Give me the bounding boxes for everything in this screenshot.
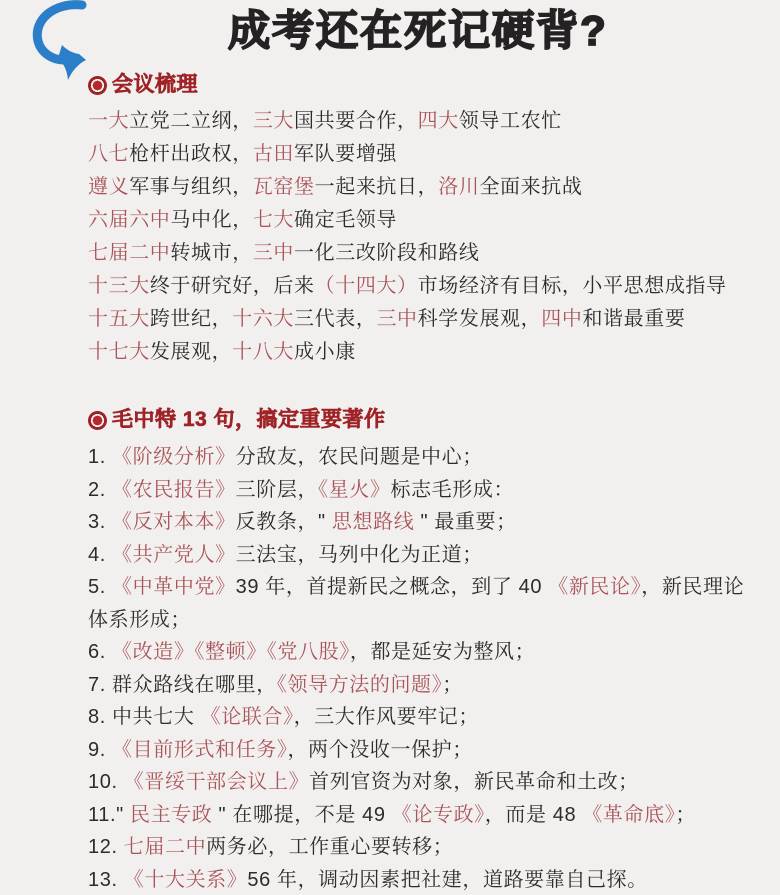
section-works-lines: 1. 《阶级分析》分敌友，农民问题是中心；2. 《农民报告》三阶层，《星火》标志… — [88, 441, 746, 895]
highlight-term: 《反对本本》 — [112, 511, 236, 533]
text-segment: 10. — [88, 771, 124, 793]
text-segment: 9. — [88, 739, 112, 761]
section-bullet-icon — [88, 411, 107, 430]
text-line: 3. 《反对本本》反教条，" 思想路线 " 最重要； — [88, 506, 746, 539]
highlight-term: 一大 — [88, 110, 129, 132]
text-segment: 7. 群众路线在哪里， — [88, 674, 277, 696]
highlight-term: 《论专政》 — [392, 804, 485, 826]
highlight-term: 《农民报告》 — [112, 479, 236, 501]
highlight-term: 八七 — [88, 143, 129, 165]
highlight-term: 三中 — [253, 242, 294, 264]
text-line: 13. 《十大关系》56 年，调动因素把社建，道路要靠自己探。 — [88, 864, 746, 895]
section-meetings: 会议梳理 一大立党二立纲，三大国共要合作，四大领导工农忙八七枪杆出政权，古田军队… — [88, 70, 746, 369]
text-segment: 6. — [88, 641, 112, 663]
section-meetings-heading: 会议梳理 — [88, 70, 746, 100]
text-line: 1. 《阶级分析》分敌友，农民问题是中心； — [88, 441, 746, 474]
highlight-term: 四中 — [541, 308, 582, 330]
text-segment: ，都是延安为整风； — [350, 641, 535, 663]
text-segment: 发展观， — [150, 341, 232, 363]
text-segment: ，两个没收一保护； — [287, 739, 472, 761]
text-segment: 分敌友，农民问题是中心； — [236, 446, 483, 468]
highlight-term: 十六大 — [232, 308, 294, 330]
highlight-term: 《目前形式和任务》 — [112, 739, 287, 761]
text-line: 十五大跨世纪，十六大三代表，三中科学发展观，四中和谐最重要 — [88, 303, 746, 336]
text-segment: 反教条，" — [236, 511, 332, 533]
text-line: 8. 中共七大 《论联合》，三大作风要牢记； — [88, 701, 746, 734]
highlight-term: 《革命底》 — [582, 804, 675, 826]
text-line: 一大立党二立纲，三大国共要合作，四大领导工农忙 — [88, 105, 746, 138]
text-line: 十七大发展观，十八大成小康 — [88, 336, 746, 369]
text-segment: 13. — [88, 869, 124, 891]
text-segment: 三阶层， — [236, 479, 318, 501]
text-segment: 终于研究好，后来 — [150, 275, 315, 297]
highlight-term: 《论联合》 — [201, 706, 294, 728]
text-segment: 跨世纪， — [150, 308, 232, 330]
text-line: 八七枪杆出政权，古田军队要增强 — [88, 138, 746, 171]
text-segment: 三代表， — [294, 308, 376, 330]
text-line: 4. 《共产党人》三法宝，马列中化为正道； — [88, 539, 746, 572]
text-segment: 和谐最重要 — [582, 308, 685, 330]
text-segment: 三法宝，马列中化为正道； — [236, 544, 483, 566]
text-line: 9. 《目前形式和任务》，两个没收一保护； — [88, 734, 746, 767]
highlight-term: 十八大 — [232, 341, 294, 363]
text-segment: 12. — [88, 836, 124, 858]
text-segment: 军队要增强 — [294, 143, 397, 165]
highlight-term: 《阶级分析》 — [112, 446, 236, 468]
highlight-term: 《新民论》 — [548, 576, 641, 598]
text-segment: 8. 中共七大 — [88, 706, 201, 728]
highlight-term: 思想路线 — [332, 511, 414, 533]
curved-arrow-icon — [12, 0, 102, 92]
highlight-term: 《中革中党》 — [112, 576, 236, 598]
section-works-heading: 毛中特 13 句，搞定重要著作 — [88, 405, 746, 435]
text-segment: 军事与组织， — [129, 176, 253, 198]
text-segment: 5. — [88, 576, 112, 598]
highlight-term: 七大 — [253, 209, 294, 231]
highlight-term: （十四大） — [315, 275, 418, 297]
section-works: 毛中特 13 句，搞定重要著作 1. 《阶级分析》分敌友，农民问题是中心；2. … — [88, 405, 746, 895]
text-line: 六届六中马中化，七大确定毛领导 — [88, 204, 746, 237]
text-segment: 领导工农忙 — [459, 110, 562, 132]
text-line: 5. 《中革中党》39 年，首提新民之概念，到了 40 《新民论》，新民理论体系… — [88, 571, 746, 636]
text-segment: 国共要合作， — [294, 110, 418, 132]
text-line: 11." 民主专政 " 在哪提，不是 49 《论专政》，而是 48 《革命底》； — [88, 799, 746, 832]
highlight-term: 瓦窑堡 — [253, 176, 315, 198]
text-segment: 枪杆出政权， — [129, 143, 253, 165]
text-segment: 两务必，工作重心要转移； — [206, 836, 453, 858]
highlight-term: 古田 — [253, 143, 294, 165]
highlight-term: 民主专政 — [130, 804, 212, 826]
text-line: 10. 《晋绥干部会议上》首列官资为对象，新民革命和土改； — [88, 766, 746, 799]
text-segment: 56 年，调动因素把社建，道路要靠自己探。 — [247, 869, 647, 891]
highlight-term: 洛川 — [438, 176, 479, 198]
text-segment: 立党二立纲， — [129, 110, 253, 132]
section-heading-label: 会议梳理 — [112, 70, 198, 100]
highlight-term: 三中 — [376, 308, 417, 330]
text-segment: 市场经济有目标，小平思想成指导 — [418, 275, 727, 297]
text-segment: 转城市， — [170, 242, 252, 264]
text-segment: " 最重要； — [414, 511, 516, 533]
text-segment: 2. — [88, 479, 112, 501]
highlight-term: 七届二中 — [124, 836, 206, 858]
text-segment: 4. — [88, 544, 112, 566]
highlight-term: 七届二中 — [88, 242, 170, 264]
page-title: 成考还在死记硬背? — [86, 4, 750, 58]
section-heading-label: 毛中特 13 句，搞定重要著作 — [112, 405, 386, 435]
text-segment: ，三大作风要牢记； — [294, 706, 479, 728]
study-notes-page: 成考还在死记硬背? 会议梳理 一大立党二立纲，三大国共要合作，四大领导工农忙八七… — [0, 4, 780, 895]
text-line: 6. 《改造》《整顿》《党八股》，都是延安为整风； — [88, 636, 746, 669]
text-segment: 首列官资为对象，新民革命和土改； — [309, 771, 639, 793]
text-segment: 一化三改阶段和路线 — [294, 242, 479, 264]
text-segment: 马中化， — [170, 209, 252, 231]
highlight-term: 《领导方法的问题》 — [277, 674, 442, 696]
highlight-term: 《星火》 — [318, 479, 390, 501]
text-line: 遵义军事与组织，瓦窑堡一起来抗日，洛川全面来抗战 — [88, 171, 746, 204]
text-segment: 11." — [88, 804, 130, 826]
highlight-term: 十七大 — [88, 341, 150, 363]
text-line: 七届二中转城市，三中一化三改阶段和路线 — [88, 237, 746, 270]
text-segment: 1. — [88, 446, 112, 468]
text-line: 2. 《农民报告》三阶层，《星火》标志毛形成： — [88, 474, 746, 507]
text-segment: 全面来抗战 — [479, 176, 582, 198]
text-segment: 确定毛领导 — [294, 209, 397, 231]
content: 会议梳理 一大立党二立纲，三大国共要合作，四大领导工农忙八七枪杆出政权，古田军队… — [0, 70, 780, 895]
text-segment: ，而是 48 — [485, 804, 583, 826]
section-meetings-lines: 一大立党二立纲，三大国共要合作，四大领导工农忙八七枪杆出政权，古田军队要增强遵义… — [88, 105, 746, 369]
highlight-term: 十五大 — [88, 308, 150, 330]
highlight-term: 《晋绥干部会议上》 — [124, 771, 309, 793]
text-line: 12. 七届二中两务必，工作重心要转移； — [88, 831, 746, 864]
highlight-term: 四大 — [418, 110, 459, 132]
text-segment: 标志毛形成： — [390, 479, 514, 501]
text-line: 十三大终于研究好，后来（十四大）市场经济有目标，小平思想成指导 — [88, 270, 746, 303]
highlight-term: 《共产党人》 — [112, 544, 236, 566]
highlight-term: 十三大 — [88, 275, 150, 297]
text-segment: 一起来抗日， — [315, 176, 439, 198]
text-segment: 3. — [88, 511, 112, 533]
highlight-term: 《十大关系》 — [124, 869, 248, 891]
text-segment: " 在哪提，不是 49 — [212, 804, 391, 826]
highlight-term: 《改造》《整顿》《党八股》 — [112, 641, 350, 663]
text-segment: 成小康 — [294, 341, 356, 363]
highlight-term: 遵义 — [88, 176, 129, 198]
text-line: 7. 群众路线在哪里，《领导方法的问题》； — [88, 669, 746, 702]
text-segment: ； — [442, 674, 463, 696]
highlight-term: 三大 — [253, 110, 294, 132]
text-segment: 39 年，首提新民之概念，到了 40 — [236, 576, 549, 598]
text-segment: 科学发展观， — [418, 308, 542, 330]
text-segment: ； — [675, 804, 696, 826]
highlight-term: 六届六中 — [88, 209, 170, 231]
